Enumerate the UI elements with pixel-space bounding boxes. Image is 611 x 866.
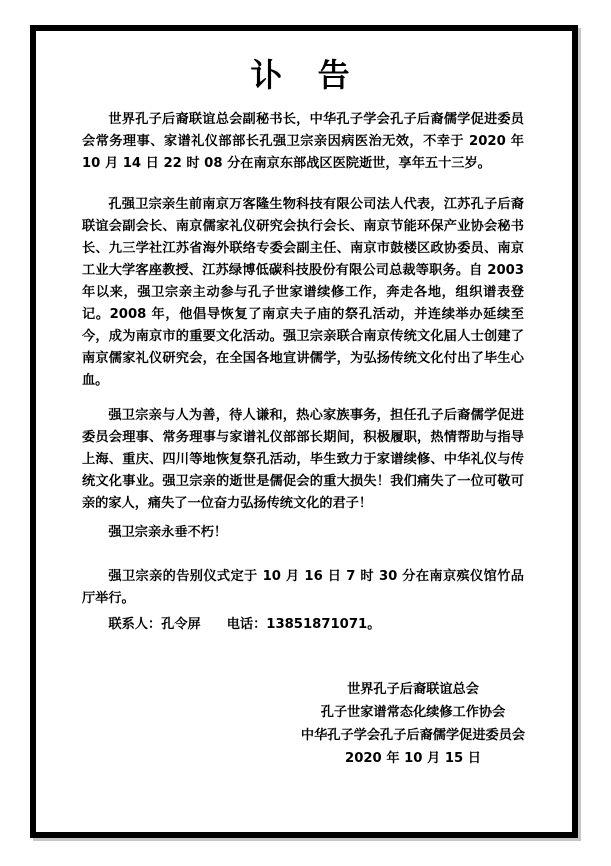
- contact-phone-number: 13851871071。: [266, 617, 380, 632]
- signature-org-1: 世界孔子后裔联谊总会: [263, 678, 563, 701]
- paragraph-farewell-ceremony: 强卫宗亲的告别仪式定于 10 月 16 日 7 时 30 分在南京殡仪馆竹品厅举…: [82, 566, 524, 610]
- signature-date: 2020 年 10 月 15 日: [263, 747, 563, 770]
- signature-block: 世界孔子后裔联谊总会 孔子世家谱常态化续修工作协会 中华孔子学会孔子后裔儒学促进…: [263, 678, 563, 770]
- signature-org-2: 孔子世家谱常态化续修工作协会: [263, 701, 563, 724]
- signature-org-3: 中华孔子学会孔子后裔儒学促进委员会: [263, 724, 563, 747]
- contact-person-label: 联系人：: [108, 617, 161, 632]
- contact-phone-label: 电话：: [227, 617, 267, 632]
- document-frame: 讣 告 世界孔子后裔联谊总会副秘书长，中华孔子学会孔子后裔儒学促进委员会常务理事…: [30, 25, 578, 838]
- obituary-page: 讣 告 世界孔子后裔联谊总会副秘书长，中华孔子学会孔子后裔儒学促进委员会常务理事…: [0, 0, 611, 866]
- paragraph-biography: 孔强卫宗亲生前南京万客隆生物科技有限公司法人代表，江苏孔子后裔联谊会副会长、南京…: [82, 194, 524, 392]
- paragraph-tribute: 强卫宗亲与人为善，待人谦和，热心家族事务，担任孔子后裔儒学促进委员会理事、常务理…: [82, 405, 524, 515]
- contact-line: 联系人：孔令屏电话：13851871071。: [82, 614, 524, 636]
- contact-person-name: 孔令屏: [161, 617, 201, 632]
- paragraph-death-notice: 世界孔子后裔联谊总会副秘书长，中华孔子学会孔子后裔儒学促进委员会常务理事、家谱礼…: [82, 109, 524, 175]
- paragraph-eternal-slogan: 强卫宗亲永垂不朽！: [82, 522, 524, 544]
- document-title: 讣 告: [82, 55, 524, 95]
